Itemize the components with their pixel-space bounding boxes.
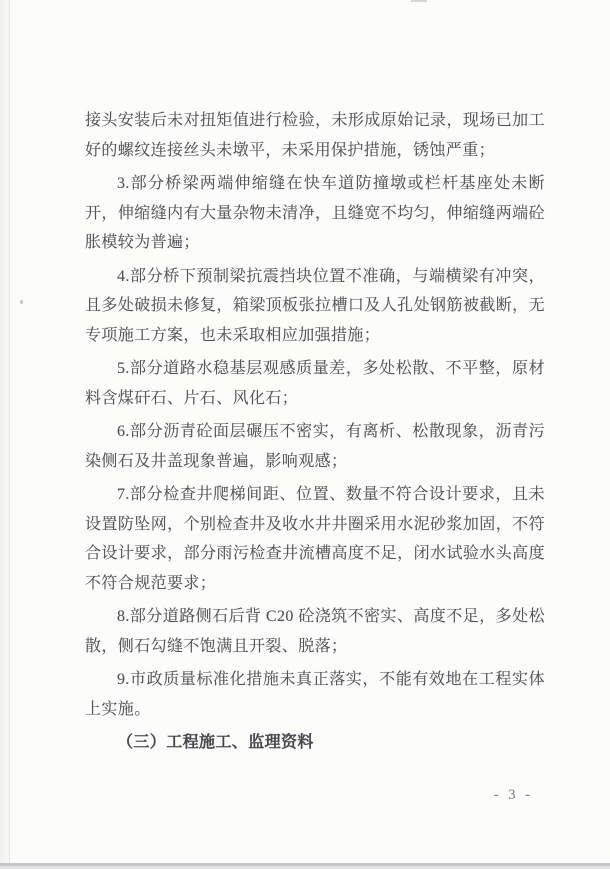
paragraph: 6.部分沥青砼面层碾压不密实，有离析、松散现象，沥青污染侧石及井盖现象普遍，影响… bbox=[85, 417, 545, 476]
paragraph: 7.部分检查井爬梯间距、位置、数量不符合设计要求，且未设置防坠网，个别检查井及收… bbox=[85, 480, 545, 598]
section-heading: （三）工程施工、监理资料 bbox=[85, 728, 545, 758]
scan-speck bbox=[20, 300, 23, 304]
paragraph: 5.部分道路水稳基层观感质量差，多处松散、不平整，原材料含煤矸石、片石、风化石； bbox=[85, 354, 545, 413]
paragraph: 4.部分桥下预制梁抗震挡块位置不准确，与端横梁有冲突，且多处破损未修复，箱梁顶板… bbox=[85, 262, 545, 351]
page-edge-left bbox=[0, 0, 10, 869]
scan-speck bbox=[411, 0, 427, 2]
paragraph: 接头安装后未对扭矩值进行检验，未形成原始记录，现场已加工好的螺纹连接丝头未墩平，… bbox=[85, 106, 545, 165]
scanned-page: 接头安装后未对扭矩值进行检验，未形成原始记录，现场已加工好的螺纹连接丝头未墩平，… bbox=[0, 0, 610, 869]
document-text: 接头安装后未对扭矩值进行检验，未形成原始记录，现场已加工好的螺纹连接丝头未墩平，… bbox=[85, 106, 545, 762]
paragraph: 9.市政质量标准化措施未真正落实，不能有效地在工程实体上实施。 bbox=[85, 665, 545, 724]
page-bottom-shadow bbox=[0, 861, 610, 869]
page-number: - 3 - bbox=[494, 787, 533, 804]
paragraph: 8.部分道路侧石后背 C20 砼浇筑不密实、高度不足，多处松散，侧石勾缝不饱满且… bbox=[85, 602, 545, 661]
paragraph: 3.部分桥梁两端伸缩缝在快车道防撞墩或栏杆基座处未断开，伸缩缝内有大量杂物未清净… bbox=[85, 169, 545, 258]
